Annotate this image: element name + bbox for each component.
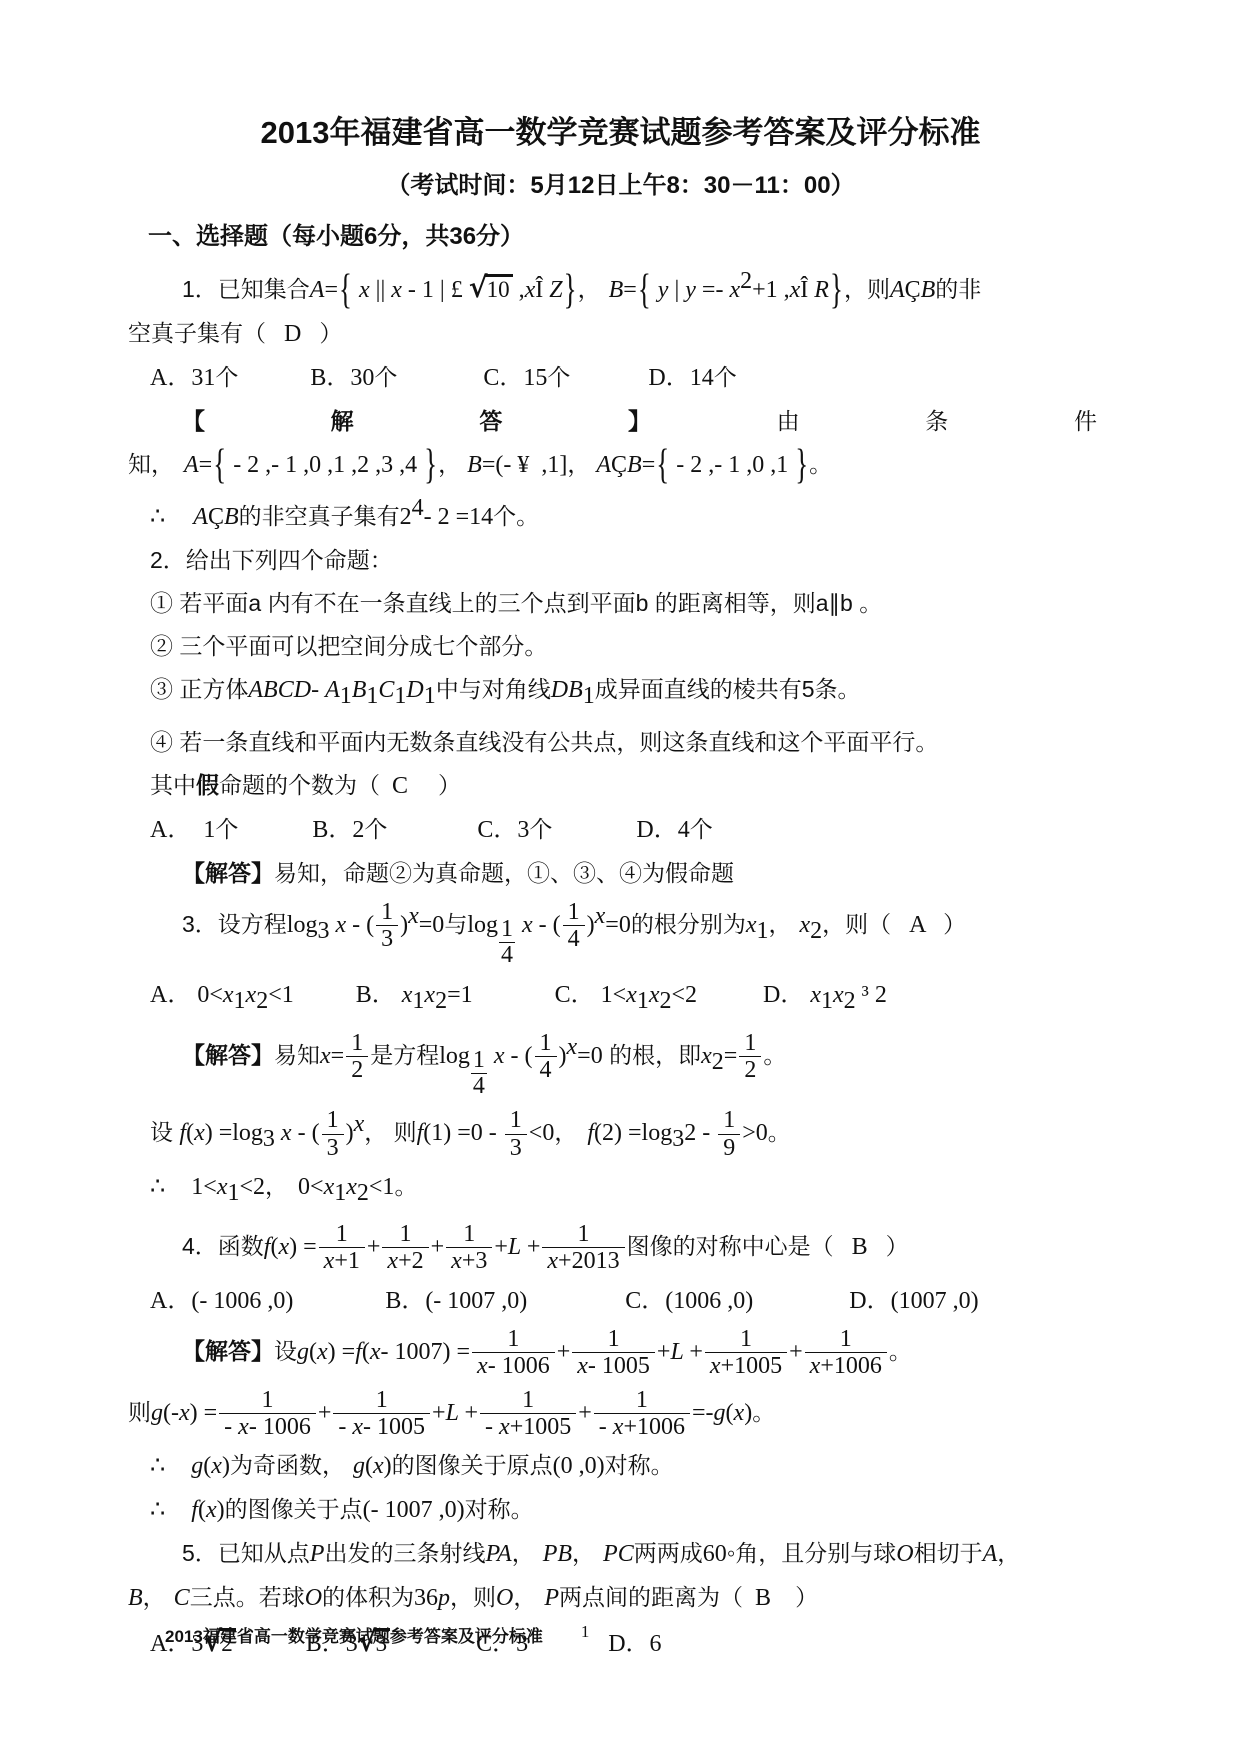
text-run: 个 [547, 364, 570, 390]
math-run: C．(1006 ,0) [625, 1288, 753, 1314]
text-run: ， 则 [364, 1119, 416, 1145]
text-run: 个 [714, 364, 737, 390]
math-var: x2 [649, 981, 672, 1007]
math-var: x1 [626, 981, 649, 1007]
math-run: <2 [239, 1173, 265, 1199]
math-run: +1 [334, 1248, 360, 1274]
math-run: 1 [744, 1030, 756, 1056]
math-run: +3 [462, 1248, 488, 1274]
text-run-bold: 答 [479, 403, 502, 439]
math-var: P [310, 1541, 325, 1567]
q5-stem-1: 5．已知从点P出发的三条射线PA，PB，PC两两成60◦角，且分别与球O相切于A… [128, 1535, 1113, 1572]
math-var: B [128, 1584, 143, 1610]
math-run: 3 [263, 1126, 275, 1152]
math-var: g [714, 1399, 726, 1425]
math-run: 1 [327, 1107, 339, 1133]
math-run: (- 1007 ,0) [363, 1496, 465, 1522]
math-run: = [642, 452, 656, 478]
math-run: ) = [205, 1119, 233, 1145]
math-run: 36 [414, 1585, 438, 1611]
q3-solution-2: 设 f(x) =log3 x - (13)x， 则f(1) =0 - 13<0，… [128, 1106, 1113, 1161]
math-run: Ç [208, 503, 224, 529]
superscript: x [595, 911, 606, 927]
text-run: 的非空真子集有 [239, 503, 400, 529]
math-run: <0 [529, 1120, 555, 1146]
math-run: (- 1007 ,0) [363, 1497, 465, 1523]
math-var: A [890, 277, 905, 303]
q1-solution-sets: 知，A={ - 2 ,- 1 ,0 ,1 ,2 ,3 ,4 }，B=(- ¥ ,… [128, 446, 1113, 483]
q3-solution-1: 【解答】易知x=12是方程log14 x - (14)x=0 的根，即x2=12… [128, 1029, 1113, 1100]
math-var: C1 [378, 676, 406, 702]
fraction-numerator: 1 [472, 1326, 555, 1352]
text-run: ， [438, 451, 461, 477]
text-run: 。 [768, 1119, 791, 1145]
math-run: =0 [605, 912, 631, 938]
subscript: 2 [844, 996, 856, 1012]
math-var: y [679, 276, 702, 302]
math-run: C． 1< [555, 981, 627, 1007]
fraction-numerator: 1 [572, 1326, 655, 1352]
math-var: O [496, 1585, 513, 1611]
math-var: x1 [223, 981, 246, 1007]
text-run: ） [319, 320, 342, 346]
text-run: 中与对角线 [436, 676, 551, 702]
text-run: 设 [274, 1338, 297, 1364]
math-run: D．14 [648, 364, 713, 390]
math-run: 3 [327, 1135, 339, 1161]
math-var: A [890, 276, 905, 302]
math-run: 1 [336, 1221, 348, 1247]
math-var: O [305, 1585, 322, 1611]
text-run: 个 [374, 364, 397, 390]
math-run: log3 [287, 911, 330, 937]
math-var: PA [485, 1540, 511, 1566]
math-run: ) = [190, 1399, 218, 1425]
math-run: ) = [289, 1233, 317, 1259]
math-run: 2 [351, 1057, 363, 1083]
math-run: x [613, 1414, 624, 1440]
text-run: ，则（ [822, 911, 891, 937]
page-footer: 2013福建省高一数学竞赛试题参考答案及评分标准 1 [165, 1622, 589, 1647]
fraction: 1- x+1006 [594, 1387, 690, 1441]
text-run: ，则 [450, 1584, 496, 1610]
text-run: 由 [777, 403, 800, 439]
math-var: A1 [325, 676, 352, 702]
q2-item-2: ② 三个平面可以把空间分成七个部分。 [128, 628, 1113, 664]
math-run: + [578, 1400, 592, 1426]
text-run-bold: 【解答】 [182, 1042, 274, 1068]
math-run: log [642, 1120, 673, 1146]
math-run: 2 [659, 988, 671, 1014]
text-run: 个 [690, 816, 713, 842]
text-run-bold: 【解答】 [182, 1338, 274, 1364]
fraction-denominator: - x- 1005 [333, 1413, 430, 1440]
brace: { [338, 261, 353, 317]
text-run: 个。 [493, 503, 539, 529]
brace: { [655, 436, 670, 492]
math-var: x2 [424, 981, 447, 1007]
math-run: +2 [398, 1248, 424, 1274]
math-var: x [370, 1339, 381, 1365]
math-run: x [595, 903, 606, 929]
text-run: ③ 正方体 [150, 676, 248, 702]
text-run: 。 [768, 1119, 791, 1145]
q3-options: A． 0<x1x2<1B． x1x2=1C． 1<x1x2<2D． x1x2 ³… [128, 976, 1113, 1022]
math-var: O [496, 1584, 513, 1610]
math-run: - 1006 [488, 1353, 550, 1379]
math-run: =1 [447, 981, 473, 1007]
math-run: Î [535, 277, 549, 303]
math-run: x [324, 1248, 335, 1274]
math-run: 1< [191, 1173, 217, 1199]
math-var: x [320, 1042, 331, 1068]
math-run: 1 [334, 1180, 346, 1206]
math-run: 2 [844, 988, 856, 1014]
text-run: 设 [150, 1119, 179, 1145]
math-run: 1 [756, 918, 768, 944]
fraction-numerator: 1 [333, 1387, 430, 1413]
math-run: =0 [577, 1043, 603, 1069]
fraction-numerator: 1 [346, 1030, 368, 1056]
math-run: 1 [522, 1387, 534, 1413]
fraction-numerator: 1 [499, 917, 515, 942]
subscript: 1 [424, 691, 436, 707]
math-run: + [431, 1233, 445, 1259]
math-run: ) [222, 1452, 230, 1478]
math-var: A [310, 276, 325, 302]
text-run: ， [572, 1540, 595, 1566]
subscript: 1 [227, 1188, 239, 1204]
math-run: (2) = [594, 1120, 642, 1146]
text-run: 的非 [935, 276, 981, 302]
fraction-numerator: 1 [322, 1107, 344, 1133]
math-var: x2 [799, 911, 822, 937]
text-run: 是方程 [370, 1042, 439, 1068]
text-run: （考试时间：5月12日上午8：30－11：00） [386, 172, 854, 199]
math-run: log14 [467, 911, 516, 937]
math-run: ∴ [150, 1496, 165, 1522]
text-run: 的体积为 [322, 1584, 414, 1610]
text-run: 的根分别为 [631, 911, 746, 937]
math-run: + [557, 1338, 571, 1364]
math-run: log [467, 912, 498, 938]
math-run: 1 [840, 1326, 852, 1352]
math-run: 2 - [684, 1119, 716, 1145]
math-run: + [557, 1339, 571, 1365]
math-run: =- [692, 1400, 714, 1426]
math-var: x [217, 1174, 228, 1200]
text-run: 易知，命题②为真命题，①、③、④为假命题 [274, 860, 734, 886]
math-run: - 1007) = [381, 1339, 471, 1365]
fraction-denominator: x+1006 [805, 1352, 887, 1379]
text-run: 设 [150, 1119, 179, 1145]
math-var: g [151, 1400, 163, 1426]
fraction-denominator: 4 [535, 1056, 557, 1083]
text-run: 三点。若球 [190, 1584, 305, 1610]
brace: { [212, 436, 227, 492]
math-run: 36 [414, 1584, 438, 1610]
superscript: 4 [412, 503, 424, 519]
text-run: 4．函数 [182, 1233, 264, 1259]
math-var: x [373, 1453, 384, 1479]
text-run: 1．已知集合 [182, 276, 310, 302]
brace: } [563, 261, 578, 317]
text-run: 与 [444, 911, 467, 937]
math-run: ( [365, 1453, 373, 1479]
math-run: +1005 [510, 1414, 572, 1440]
math-run: 1 [394, 683, 406, 709]
math-run: - [224, 1414, 238, 1440]
math-run: B [834, 1234, 886, 1260]
math-run: (0 ,0) [553, 1452, 605, 1478]
math-var: B [352, 677, 367, 703]
math-run: ∴ [150, 504, 165, 530]
math-run: + [431, 1234, 445, 1260]
math-run: + [578, 1399, 592, 1425]
math-var: B [224, 503, 239, 529]
subscript: 2 [435, 996, 447, 1012]
math-run: <2 [239, 1174, 265, 1200]
text-run-bold: 假 [196, 772, 219, 798]
math-var: x1 [217, 1173, 240, 1199]
math-var: x [275, 1119, 298, 1145]
text-run: ，则 [844, 276, 890, 302]
math-run: A．31 [150, 365, 215, 391]
fraction: 19 [718, 1107, 740, 1161]
math-run: 2 [810, 918, 822, 944]
math-var: P [310, 1540, 325, 1566]
math-run: || [376, 276, 386, 302]
text-run: 知， [128, 451, 174, 477]
math-run: x [451, 1248, 462, 1274]
math-run: ( [362, 1338, 370, 1364]
math-var: x [810, 982, 821, 1008]
math-run: 1 [340, 683, 352, 709]
math-var: g [297, 1339, 309, 1365]
math-var: x [525, 276, 536, 302]
text-run: 。 [763, 1042, 786, 1068]
math-run: A． 0< [150, 981, 223, 1007]
math-run: 1 [608, 1326, 620, 1352]
text-run: 设 [274, 1338, 297, 1364]
math-run: 1 [507, 1326, 519, 1352]
math-run: 9 [723, 1135, 735, 1161]
math-var: D1 [406, 676, 435, 702]
math-var: D [406, 677, 423, 703]
text-run: 中与对角线 [436, 676, 551, 702]
math-run: ∴ [150, 1452, 165, 1478]
text-run: 个 [529, 816, 552, 842]
math-run: 1 [740, 1326, 752, 1352]
q4-solution-4: ∴f(x)的图像关于点(- 1007 ,0)对称。 [128, 1491, 1113, 1528]
math-run: - [485, 1414, 499, 1440]
text-run: ① 若平面a 内有不在一条直线上的三个点到平面b 的距离相等，则a∥b 。 [150, 590, 882, 616]
math-var: x2 [246, 981, 269, 1007]
text-run: 成异面直线的棱共有5条。 [595, 676, 861, 702]
q4-stem: 4．函数f(x) =1x+1+1x+2+1x+3+L +1x+2013图像的对称… [128, 1221, 1113, 1275]
text-run: 。 [394, 1173, 417, 1199]
math-var: x [424, 982, 435, 1008]
text-run: ， [513, 1584, 536, 1610]
math-var: x [278, 1234, 289, 1260]
math-run: B．30 [310, 364, 374, 390]
text-run: 则 [128, 1399, 151, 1425]
math-run: log [439, 1043, 470, 1069]
fraction-denominator: - x- 1006 [219, 1413, 316, 1440]
text-run: 出发的三条射线 [324, 1540, 485, 1566]
fraction-numerator: 1 [718, 1107, 740, 1133]
text-run: 对称。 [465, 1496, 534, 1522]
q3-stem: 3．设方程log3 x - (13)x=0与log14 x - (14)x=0的… [128, 898, 1113, 969]
text-run: 个 [215, 364, 238, 390]
footer-title: 2013福建省高一数学竞赛试题参考答案及评分标准 [165, 1622, 543, 1647]
math-var: PA [485, 1541, 511, 1567]
math-run: A． 1 [150, 817, 215, 843]
math-run: 3 [672, 1126, 684, 1152]
text-run: ， [578, 276, 601, 302]
math-run: (- [163, 1399, 179, 1425]
math-run: + [367, 1234, 381, 1260]
fraction-denominator: x- 1005 [572, 1352, 655, 1379]
text-run: 与 [444, 911, 467, 937]
text-run: 条 [925, 408, 948, 434]
math-run: B． [356, 981, 402, 1007]
math-run: 60◦ [703, 1540, 736, 1566]
math-var: y [652, 277, 675, 303]
math-run: 2 [740, 268, 752, 294]
math-var: R [814, 277, 829, 303]
text-run: ， [578, 276, 601, 302]
math-run: x [810, 1353, 821, 1379]
math-run: log [232, 1120, 263, 1146]
text-run: ， [567, 451, 590, 477]
math-run: + [494, 1234, 508, 1260]
math-var: C [174, 1584, 190, 1610]
math-run: A．(- 1006 ,0) [150, 1288, 293, 1314]
math-run: - [311, 677, 325, 703]
subscript: 2 [810, 926, 822, 942]
fraction-denominator: x+3 [446, 1247, 492, 1274]
text-run: 一、选择题（每小题6分，共36分） [148, 223, 524, 250]
math-var: A [193, 504, 208, 530]
math-var: L [670, 1338, 689, 1364]
math-run: ) [587, 912, 595, 938]
subscript: 1 [234, 996, 246, 1012]
brace: } [794, 436, 809, 492]
brace: } [829, 261, 844, 317]
math-var: x [746, 912, 757, 938]
math-run: ∴ [150, 503, 165, 529]
math-run: +2013 [558, 1248, 620, 1274]
brace: } [423, 436, 438, 492]
math-var: g [353, 1453, 365, 1479]
math-run: 1 [637, 988, 649, 1014]
math-var: f [355, 1338, 362, 1364]
math-run: A． 1 [150, 816, 215, 842]
math-run: Ç [611, 451, 627, 477]
text-run: 3．设方程 [182, 911, 287, 937]
text-run: 的图像关于原点 [392, 1452, 553, 1478]
math-run: + [367, 1233, 381, 1259]
math-var: B [627, 451, 642, 477]
math-run: B．2 [312, 816, 364, 842]
math-run: 1 [577, 1221, 589, 1247]
text-run-bold: 【 [182, 403, 205, 439]
math-var: x2 [701, 1042, 724, 1068]
math-run: B． [356, 982, 402, 1008]
math-var: x [246, 982, 257, 1008]
math-var: L [446, 1399, 465, 1425]
math-run: D．(1007 ,0) [849, 1288, 978, 1314]
text-run: 易知 [274, 1042, 320, 1068]
text-run: 。 [889, 1338, 912, 1364]
math-run: + [789, 1339, 803, 1365]
math-var: x [179, 1400, 190, 1426]
math-var: f [191, 1496, 198, 1522]
math-run: B [743, 1584, 795, 1610]
fraction-numerator: 1 [739, 1030, 761, 1056]
superscript: x [567, 1042, 578, 1058]
math-run: D．(1007 ,0) [849, 1287, 978, 1313]
math-run: - ( [298, 1119, 320, 1145]
fraction-numerator: 1 [805, 1326, 887, 1352]
math-run: =0 [577, 1042, 603, 1068]
fraction-numerator: 1 [505, 1107, 527, 1133]
math-run: x [577, 1353, 588, 1379]
text-run: 5．已知从点 [182, 1540, 310, 1566]
text-run: 2．给出下列四个命题： [150, 547, 393, 573]
math-run: + [465, 1400, 479, 1426]
text-run: 角，且分别与球 [735, 1540, 896, 1566]
q2-item-4: ④ 若一条直线和平面内无数条直线没有公共点，则这条直线和这个平面平行。 [128, 724, 1113, 760]
math-var: x [525, 277, 536, 303]
math-var: C [174, 1585, 190, 1611]
math-var: Z [549, 277, 562, 303]
math-var: x1 [324, 1173, 347, 1199]
math-var: B1 [352, 676, 379, 702]
text-run: 个 [364, 816, 387, 842]
math-run: +1 , [752, 276, 790, 302]
math-var: g [353, 1452, 365, 1478]
document-body: 2013年福建省高一数学竞赛试题参考答案及评分标准（考试时间：5月12日上午8：… [0, 0, 1241, 1662]
math-var: B [467, 452, 482, 478]
text-run: 5．已知从点 [182, 1540, 310, 1566]
brace: { [637, 261, 652, 317]
math-run: =- [692, 1399, 714, 1425]
text-run: ， [513, 1584, 536, 1610]
math-run: ) = [205, 1120, 233, 1146]
q1-solution-justified: 【解答】由条件 [128, 403, 1113, 439]
math-run: 1 [568, 899, 580, 925]
math-run: = [623, 277, 637, 303]
fraction: 1- x- 1006 [219, 1387, 316, 1441]
math-var: x [317, 1338, 328, 1364]
text-run: 为奇函数， [230, 1452, 345, 1478]
subscript: 1 [583, 691, 595, 707]
subscript: 1 [756, 926, 768, 942]
text-run: 两点间的距离为（ [559, 1584, 743, 1610]
text-run: 个 [714, 364, 737, 390]
math-run: =0 [419, 912, 445, 938]
math-run: 3 [317, 918, 329, 944]
fraction: 12 [739, 1030, 761, 1084]
text-run: 的图像关于点 [225, 1496, 363, 1522]
math-run: Î [800, 276, 814, 302]
doc-title: 2013年福建省高一数学竞赛试题参考答案及评分标准 [128, 111, 1113, 155]
fraction: 14 [535, 1030, 557, 1084]
math-run: A [891, 911, 943, 937]
fraction: 1x+1 [319, 1221, 365, 1275]
